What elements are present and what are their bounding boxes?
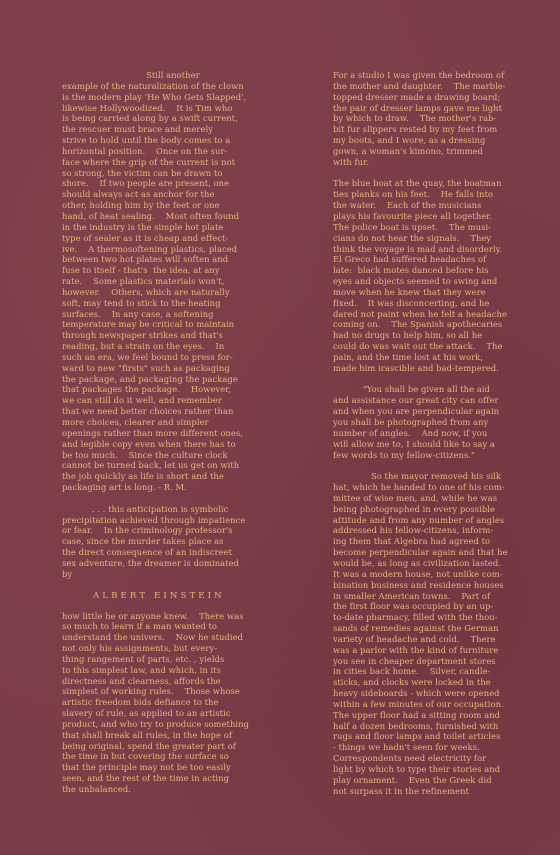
text-line: openings rather than more different ones… xyxy=(62,428,302,439)
text-line: The blue boat at the quay, the boatman xyxy=(333,178,543,189)
text-line: by which to draw. The mother's rab- xyxy=(333,113,543,124)
text-line: late: black motes danced before his xyxy=(333,265,543,276)
text-line: "You shall be given all the aid xyxy=(333,384,543,395)
text-line: the pair of dresser lamps gave me light xyxy=(333,103,543,114)
text-line: you see in cheaper department stores xyxy=(333,656,543,667)
text-line: become perpendicular again and that he xyxy=(333,547,543,558)
text-line: dared not paint when he felt a headache xyxy=(333,309,543,320)
text-line: So the mayor removed his silk xyxy=(333,471,543,482)
text-line: that packages the package. However, xyxy=(62,384,302,395)
left-column: Still anotherexample of the naturalizati… xyxy=(62,70,302,806)
text-line: so much to learn if a man wanted to xyxy=(62,621,302,632)
text-line: plays his favourite piece all together. xyxy=(333,211,543,222)
text-line: within a few minutes of our occupation. xyxy=(333,699,543,710)
text-line: so strong, the victim can be drawn to xyxy=(62,168,302,179)
text-line: we can still do it well, and remember xyxy=(62,395,302,406)
paragraph-quote: "You shall be given all the aidand assis… xyxy=(333,384,543,460)
text-line: gown, a woman's kimono, trimmed xyxy=(333,146,543,157)
text-line: Still another xyxy=(62,70,302,81)
text-line: through newspaper strikes and that's xyxy=(62,330,302,341)
text-line: between two hot plates will soften and xyxy=(62,254,302,265)
text-line: directness and clearness, affords the xyxy=(62,676,302,687)
text-line: cannot be turned back, let us get on wit… xyxy=(62,460,302,471)
text-line: sex adventure, the dreamer is dominated xyxy=(62,558,302,569)
text-line: in cities back home. Silver, candle- xyxy=(333,666,543,677)
paragraph-blue-boat: The blue boat at the quay, the boatmanti… xyxy=(333,178,543,373)
text-line: strive to hold until the body comes to a xyxy=(62,135,302,146)
text-line: example of the naturalization of the clo… xyxy=(62,81,302,92)
paragraph-anticipation: . . . this anticipation is symbolicpreci… xyxy=(62,504,302,580)
text-line: made him irascible and bad-tempered. xyxy=(333,363,543,374)
text-line: For a studio I was given the bedroom of xyxy=(333,70,543,81)
text-line: half a dozen bedrooms, furnished with xyxy=(333,721,543,732)
text-line: was a parlor with the kind of furniture xyxy=(333,645,543,656)
text-line: be too much. Since the culture clock xyxy=(62,450,302,461)
text-line: should always act as anchor for the xyxy=(62,189,302,200)
text-line: is being carried along by a swift curren… xyxy=(62,113,302,124)
text-line: surfaces. In any case, a softening xyxy=(62,309,302,320)
text-line: It was a modern house, not unlike com- xyxy=(333,569,543,580)
text-line: mittee of wise men, and, while he was xyxy=(333,493,543,504)
text-line: with fur. xyxy=(333,157,543,168)
text-line: being original, spend the greater part o… xyxy=(62,741,302,752)
text-line: that we need better choices rather than xyxy=(62,406,302,417)
text-line: Correspondents need electricity for xyxy=(333,753,543,764)
text-line: . . . this anticipation is symbolic xyxy=(62,504,302,515)
text-line: soft, may tend to stick to the heating xyxy=(62,298,302,309)
text-line: will allow me to, I should like to say a xyxy=(333,439,543,450)
text-line: think the voyage is mad and disorderly. xyxy=(333,244,543,255)
text-line: rugs and floor lamps and toilet articles xyxy=(333,731,543,742)
text-line: in the industry is the simple hot plate xyxy=(62,222,302,233)
text-line: and assistance our great city can offer xyxy=(333,395,543,406)
text-line: shore. If two people are present, one xyxy=(62,178,302,189)
text-line: the rescuer must brace and merely xyxy=(62,124,302,135)
text-line: by xyxy=(62,569,302,580)
text-line: temperature may be critical to maintain xyxy=(62,319,302,330)
text-line: cians do not hear the signals. They xyxy=(333,233,543,244)
paragraph-studio: For a studio I was given the bedroom oft… xyxy=(333,70,543,168)
text-line: being photographed in every possible xyxy=(333,504,543,515)
text-line: the package, and packaging the package xyxy=(62,374,302,385)
text-line: The upper floor had a sitting room and xyxy=(333,710,543,721)
text-line: you shall be photographed from any xyxy=(333,417,543,428)
text-line: not surpass it in the refinement xyxy=(333,786,543,797)
text-line: case, since the murder takes place as xyxy=(62,536,302,547)
text-line: could do was wait out the attack. The xyxy=(333,341,543,352)
text-line: to-date pharmacy, filled with the thou- xyxy=(333,612,543,623)
text-line: product, and who try to produce somethin… xyxy=(62,719,302,730)
text-line: face where the grip of the current is no… xyxy=(62,157,302,168)
text-line: rate. Some plastics materials won't, xyxy=(62,276,302,287)
paragraph-einstein: how little he or anyone knew. There wass… xyxy=(62,611,302,795)
text-line: fuse to itself - that's the idea, at any xyxy=(62,265,302,276)
text-line: the direct consequence of an indiscreet xyxy=(62,547,302,558)
text-line: likewise Hollywoodized. It is Tim who xyxy=(62,103,302,114)
text-line: few words to my fellow-citizens." xyxy=(333,450,543,461)
paragraph-clown-packaging: Still anotherexample of the naturalizati… xyxy=(62,70,302,493)
text-line: not only his assignments, but every- xyxy=(62,643,302,654)
text-line: to this simplest law, and which, in its xyxy=(62,665,302,676)
text-line: would be, as long as civilization lasted… xyxy=(333,558,543,569)
text-line: move when he knew that they were xyxy=(333,287,543,298)
text-line: is the modern play 'He Who Gets Slapped'… xyxy=(62,92,302,103)
text-line: and legible copy even when there has to xyxy=(62,439,302,450)
text-line: that shall break all rules, in the hope … xyxy=(62,730,302,741)
text-line: understand the univers. Now he studied xyxy=(62,632,302,643)
text-line: fixed. It was disconcerting, and he xyxy=(333,298,543,309)
text-line: bination business and residence houses xyxy=(333,580,543,591)
text-line: the mother and daughter. The marble- xyxy=(333,81,543,92)
text-line: the time in but covering the surface so xyxy=(62,751,302,762)
text-line: however. Others, which are naturally xyxy=(62,287,302,298)
text-line: play ornament. Even the Greek did xyxy=(333,775,543,786)
text-line: ward to new "firsts" such as packaging xyxy=(62,363,302,374)
text-line: hand, of heat sealing. Most often found xyxy=(62,211,302,222)
text-line: had no drugs to help him, so all he xyxy=(333,330,543,341)
text-line: hat, which he handed to one of his com- xyxy=(333,482,543,493)
text-line: bit fur slippers rested by my feet from xyxy=(333,124,543,135)
text-line: number of angles. And now, if you xyxy=(333,428,543,439)
text-line: more choices, clearer and simpler xyxy=(62,417,302,428)
text-line: ive. A thermosoftening plastics, placed xyxy=(62,244,302,255)
text-line: the unbalanced. xyxy=(62,784,302,795)
text-line: thing rangement of parts, etc. , yields xyxy=(62,654,302,665)
text-line: and when you are perpendicular again xyxy=(333,406,543,417)
text-line: coming on. The Spanish apothecaries xyxy=(333,319,543,330)
text-line: that the principle may not be too easily xyxy=(62,762,302,773)
text-line: sands of remedies against the German xyxy=(333,623,543,634)
text-line: The police boat is upset. The musi- xyxy=(333,222,543,233)
text-line: - things we hadn't seen for weeks. xyxy=(333,742,543,753)
section-heading-einstein: ALBERT EINSTEIN xyxy=(62,591,302,601)
text-line: seen, and the rest of the time in acting xyxy=(62,773,302,784)
text-line: artistic freedom bids defiance to the xyxy=(62,697,302,708)
text-line: the job quickly as life is short and the xyxy=(62,471,302,482)
text-line: variety of headache and cold. There xyxy=(333,634,543,645)
text-line: light by which to type their stories and xyxy=(333,764,543,775)
paragraph-mayor: So the mayor removed his silkhat, which … xyxy=(333,471,543,796)
text-line: in smaller American towns. Part of xyxy=(333,591,543,602)
text-line: my boots, and I wore, as a dressing xyxy=(333,135,543,146)
text-line: eyes and objects seemed to swing and xyxy=(333,276,543,287)
text-line: the water. Each of the musicians xyxy=(333,200,543,211)
text-line: sticks, and clocks were locked in the xyxy=(333,677,543,688)
text-line: simplest of working rules. Those whose xyxy=(62,686,302,697)
text-line: precipitation achieved through impatienc… xyxy=(62,515,302,526)
text-line: ing them that Algebra had agreed to xyxy=(333,536,543,547)
text-line: pain, and the time lost at his work, xyxy=(333,352,543,363)
text-line: topped dresser made a drawing board; xyxy=(333,92,543,103)
text-line: how little he or anyone knew. There was xyxy=(62,611,302,622)
text-line: such an era, we feel bound to press for- xyxy=(62,352,302,363)
right-column: For a studio I was given the bedroom oft… xyxy=(333,70,543,807)
text-line: attitude and from any number of angles xyxy=(333,515,543,526)
text-line: packaging art is long. - R. M. xyxy=(62,482,302,493)
text-line: addressed his fellow-citizens, inform- xyxy=(333,525,543,536)
text-line: or fear. In the criminology professor's xyxy=(62,525,302,536)
text-line: horizontal position. Once on the sur- xyxy=(62,146,302,157)
text-line: type of sealer as it is cheap and effect… xyxy=(62,233,302,244)
text-line: ties planks on his feet. He falls into xyxy=(333,189,543,200)
text-line: other, holding him by the feet or one xyxy=(62,200,302,211)
text-line: reading, but a strain on the eyes. In xyxy=(62,341,302,352)
text-line: the first floor was occupied by an up- xyxy=(333,601,543,612)
text-line: slavery of rule, as applied to an artist… xyxy=(62,708,302,719)
text-line: El Greco had suffered headaches of xyxy=(333,254,543,265)
text-line: heavy sideboards - which were opened xyxy=(333,688,543,699)
